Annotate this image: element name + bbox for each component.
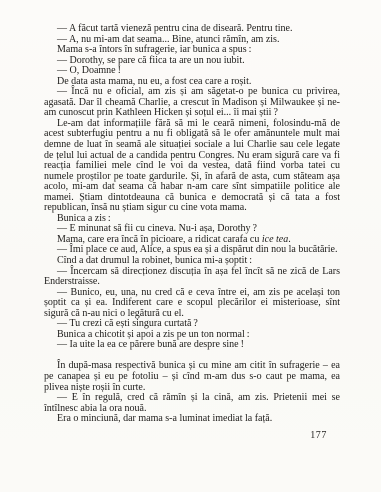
paragraph: — Încercam să direcționez discuția în aș… xyxy=(44,267,340,288)
paragraph: În după-masa respectivă bunica și cu min… xyxy=(44,361,340,393)
paragraph: — A făcut tartă vieneză pentru cina de d… xyxy=(44,24,340,35)
paragraph: Era o minciună, dar mama s-a luminat ime… xyxy=(44,414,340,425)
paragraph: — Încă nu e oficial, am zis și am săgeta… xyxy=(44,87,340,119)
page-number: 177 xyxy=(44,431,340,442)
paragraph: — Bunico, eu, una, nu cred că e ceva înt… xyxy=(44,288,340,320)
paragraph: Le-am dat informațiile fără să mi le cea… xyxy=(44,119,340,214)
paragraph: — Ia uite la ea ce părere bună are despr… xyxy=(44,340,340,351)
page-text-block: — A făcut tartă vieneză pentru cina de d… xyxy=(44,24,340,441)
paragraph: Cînd a dat drumul la robinet, bunica mi-… xyxy=(44,256,340,267)
book-page: — A făcut tartă vieneză pentru cina de d… xyxy=(0,0,381,492)
paragraph: — E în regulă, cred că rămîn și la cină,… xyxy=(44,393,340,414)
